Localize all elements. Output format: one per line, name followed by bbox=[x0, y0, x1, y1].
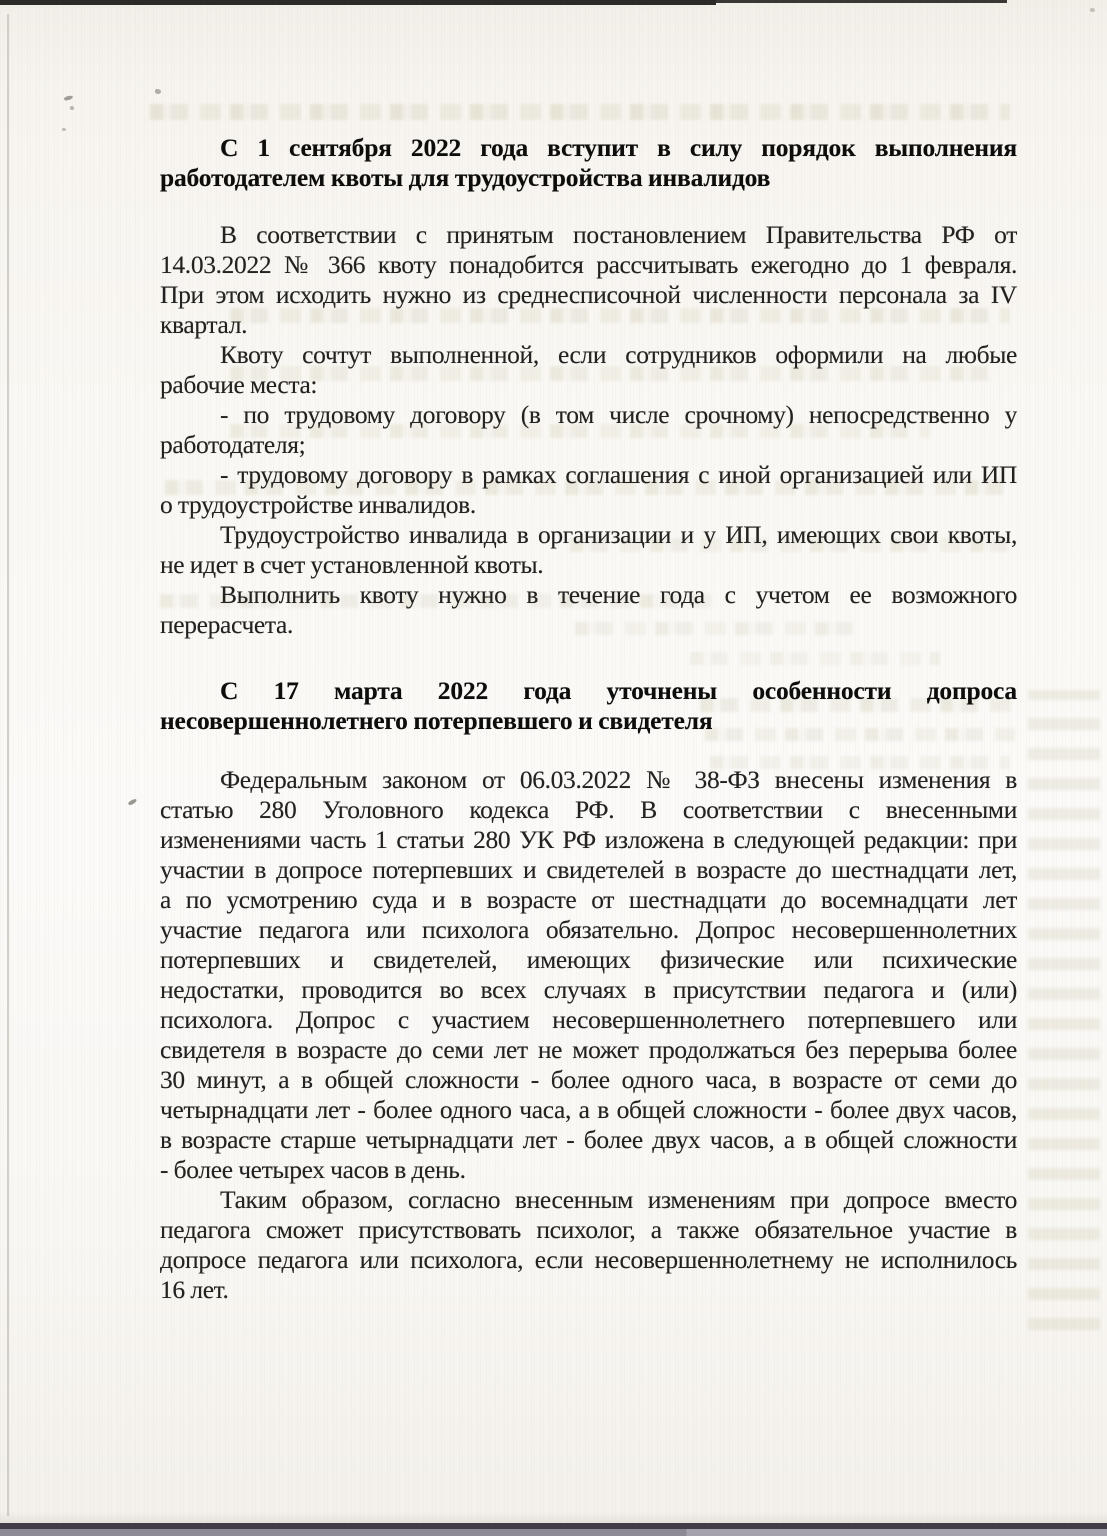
section-heading-quota: С 1 сентября 2022 года вступит в силу по… bbox=[160, 133, 1017, 193]
scan-speck bbox=[62, 128, 66, 131]
scan-edge-top bbox=[0, 0, 716, 5]
text-line: работодателя; bbox=[160, 430, 1017, 460]
text-line: недостатки, проводится во всех случаях в… bbox=[160, 975, 1017, 1005]
paragraph: Федеральным законом от 06.03.2022 № 38-Ф… bbox=[160, 765, 1017, 1185]
text-line: Квоту сочтут выполненной, если сотрудник… bbox=[160, 340, 1017, 370]
scan-edge-left bbox=[7, 14, 9, 1516]
text-line: несовершеннолетнего потерпевшего и свиде… bbox=[160, 706, 1017, 736]
text-line: При этом исходить нужно из среднесписочн… bbox=[160, 280, 1017, 310]
scan-speck bbox=[128, 798, 138, 806]
text-line: 30 минут, а в общей сложности - более од… bbox=[160, 1065, 1017, 1095]
text-line: квартал. bbox=[160, 310, 1017, 340]
text-line: Трудоустройство инвалида в организации и… bbox=[160, 520, 1017, 550]
scan-speck bbox=[1090, 8, 1095, 12]
text-line: В соответствии с принятым постановлением… bbox=[160, 220, 1017, 250]
scan-speck bbox=[155, 89, 161, 94]
text-line: статью 280 Уголовного кодекса РФ. В соот… bbox=[160, 795, 1017, 825]
list-item: - по трудовому договору (в том числе сро… bbox=[160, 400, 1017, 460]
text-line: 16 лет. bbox=[160, 1275, 1017, 1305]
text-line: Федеральным законом от 06.03.2022 № 38-Ф… bbox=[160, 765, 1017, 795]
text-line: о трудоустройстве инвалидов. bbox=[160, 490, 1017, 520]
text-line: рабочие места: bbox=[160, 370, 1017, 400]
scan-speck bbox=[70, 106, 74, 110]
section-heading-interrogation: С 17 марта 2022 года уточнены особенност… bbox=[160, 676, 1017, 736]
bleed-through-artifact bbox=[1028, 690, 1100, 1330]
text-line: в возрасте старше четырнадцати лет - бол… bbox=[160, 1125, 1017, 1155]
scan-edge-top bbox=[716, 0, 1007, 3]
text-line: Выполнить квоту нужно в течение года с у… bbox=[160, 580, 1017, 610]
text-line: четырнадцати лет - более одного часа, а … bbox=[160, 1095, 1017, 1125]
paragraph: Трудоустройство инвалида в организации и… bbox=[160, 520, 1017, 580]
text-line: работодателем квоты для трудоустройства … bbox=[160, 163, 1017, 193]
scan-speck bbox=[64, 95, 74, 102]
text-line: Таким образом, согласно внесенным измене… bbox=[160, 1185, 1017, 1215]
list-item: - трудовому договору в рамках соглашения… bbox=[160, 460, 1017, 520]
paragraph: Выполнить квоту нужно в течение года с у… bbox=[160, 580, 1017, 640]
text-line: перерасчета. bbox=[160, 610, 1017, 640]
paragraph: Таким образом, согласно внесенным измене… bbox=[160, 1185, 1017, 1305]
paragraph: Квоту сочтут выполненной, если сотрудник… bbox=[160, 340, 1017, 400]
text-line: психолога. Допрос с участием несовершенн… bbox=[160, 1005, 1017, 1035]
scan-edge-bottom bbox=[0, 1512, 1107, 1523]
text-line: участие педагога или психолога обязатель… bbox=[160, 915, 1017, 945]
text-line: свидетеля в возрасте до семи лет не може… bbox=[160, 1035, 1017, 1065]
text-line: потерпевших и свидетелей, имеющих физиче… bbox=[160, 945, 1017, 975]
text-line: педагога сможет присутствовать психолог,… bbox=[160, 1215, 1017, 1245]
text-line: допросе педагога или психолога, если нес… bbox=[160, 1245, 1017, 1275]
paragraph: В соответствии с принятым постановлением… bbox=[160, 220, 1017, 340]
text-line: участии в допросе потерпевших и свидетел… bbox=[160, 855, 1017, 885]
text-line: - более четырех часов в день. bbox=[160, 1155, 1017, 1185]
bleed-through-artifact bbox=[150, 104, 1010, 120]
text-line: изменениями часть 1 статьи 280 УК РФ изл… bbox=[160, 825, 1017, 855]
text-line: не идет в счет установленной квоты. bbox=[160, 550, 1017, 580]
scanned-document-page: С 1 сентября 2022 года вступит в силу по… bbox=[0, 0, 1107, 1536]
text-line: а по усмотрению суда и в возрасте от шес… bbox=[160, 885, 1017, 915]
text-line: - по трудовому договору (в том числе сро… bbox=[160, 400, 1017, 430]
scan-edge-bottom bbox=[0, 1529, 1107, 1536]
text-line: С 17 марта 2022 года уточнены особенност… bbox=[160, 676, 1017, 706]
document-text: С 1 сентября 2022 года вступит в силу по… bbox=[160, 133, 1017, 1305]
text-line: С 1 сентября 2022 года вступит в силу по… bbox=[160, 133, 1017, 163]
text-line: - трудовому договору в рамках соглашения… bbox=[160, 460, 1017, 490]
text-line: 14.03.2022 № 366 квоту понадобится рассч… bbox=[160, 250, 1017, 280]
